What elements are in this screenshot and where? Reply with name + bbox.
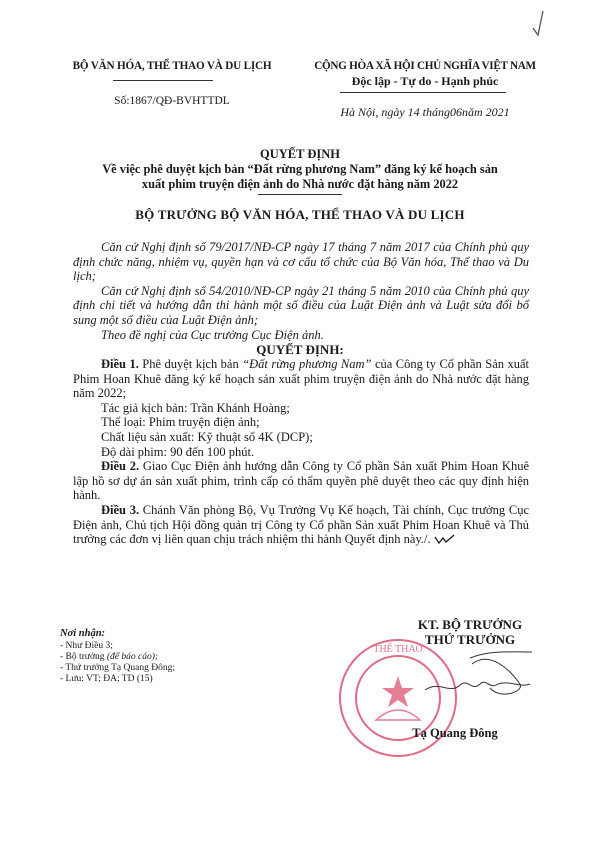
- issuing-authority: BỘ TRƯỞNG BỘ VĂN HÓA, THỂ THAO VÀ DU LỊC…: [60, 207, 540, 223]
- recipients-label: Nơi nhận:: [60, 628, 280, 639]
- recipient-item: - Bộ trưởng (để báo cáo);: [60, 652, 280, 663]
- handwritten-signature-icon: [420, 640, 560, 710]
- basis-item: Căn cứ Nghị định số 79/2017/NĐ-CP ngày 1…: [73, 240, 529, 284]
- article-3: Điều 3. Chánh Văn phòng Bộ, Vụ Trưởng Vụ…: [73, 503, 529, 547]
- article-2-label: Điều 2.: [101, 459, 139, 473]
- article-2: Điều 2. Giao Cục Điện ảnh hướng dẫn Công…: [73, 459, 529, 503]
- document-number: Số:1867/QĐ-BVHTTDL: [52, 95, 292, 107]
- decision-articles: Điều 1. Phê duyệt kịch bản “Đất rừng phư…: [73, 357, 529, 547]
- article-1-item: Độ dài phim: 90 đến 100 phút.: [73, 445, 529, 460]
- signer-name: Tạ Quang Đông: [385, 726, 525, 741]
- national-motto: Độc lập - Tự do - Hạnh phúc: [295, 74, 555, 89]
- article-1-item: Thể loại: Phim truyện điện ảnh;: [73, 415, 529, 430]
- motto-underline: [340, 92, 506, 93]
- article-3-label: Điều 3.: [101, 503, 139, 517]
- decision-heading: QUYẾT ĐỊNH:: [60, 342, 540, 358]
- signature-authority: KT. BỘ TRƯỞNG: [390, 617, 550, 632]
- recipients-block: Nơi nhận: - Như Điều 3; - Bộ trưởng (để …: [60, 628, 280, 685]
- screenplay-title: “Đất rừng phương Nam”: [242, 357, 371, 371]
- document-type-heading: QUYẾT ĐỊNH: [60, 147, 540, 162]
- basis-item: Căn cứ Nghị định số 54/2010/NĐ-CP ngày 2…: [73, 284, 529, 328]
- subject-line-1: Về việc phê duyệt kịch bản “Đất rừng phư…: [60, 162, 540, 177]
- recipient-item: - Lưu: VT; ĐA; TD (15): [60, 674, 280, 685]
- document-subject: Về việc phê duyệt kịch bản “Đất rừng phư…: [60, 162, 540, 192]
- recipient-item: - Thứ trưởng Tạ Quang Đông;: [60, 663, 280, 674]
- legal-basis: Căn cứ Nghị định số 79/2017/NĐ-CP ngày 1…: [73, 240, 529, 342]
- subject-underline: [258, 194, 342, 195]
- place-date: Hà Nội, ngày 14 tháng06năm 2021: [295, 105, 555, 120]
- article-1: Điều 1. Phê duyệt kịch bản “Đất rừng phư…: [73, 357, 529, 401]
- article-1-item: Chất liệu sản xuất: Kỹ thuật số 4K (DCP)…: [73, 430, 529, 445]
- ministry-name: BỘ VĂN HÓA, THỂ THAO VÀ DU LỊCH: [52, 60, 292, 72]
- basis-item: Theo đề nghị của Cục trưởng Cục Điện ảnh…: [73, 328, 529, 343]
- handwritten-check-mark: [530, 8, 552, 38]
- ministry-underline: [113, 80, 213, 81]
- subject-line-2: xuất phim truyện điện ảnh do Nhà nước đặ…: [60, 177, 540, 192]
- article-1-label: Điều 1.: [101, 357, 139, 371]
- republic-name: CỘNG HÒA XÃ HỘI CHỦ NGHĨA VIỆT NAM: [295, 60, 555, 72]
- article-1-item: Tác giả kịch bản: Trần Khánh Hoàng;: [73, 401, 529, 416]
- handwritten-initial-mark: [434, 534, 456, 546]
- recipient-item: - Như Điều 3;: [60, 641, 280, 652]
